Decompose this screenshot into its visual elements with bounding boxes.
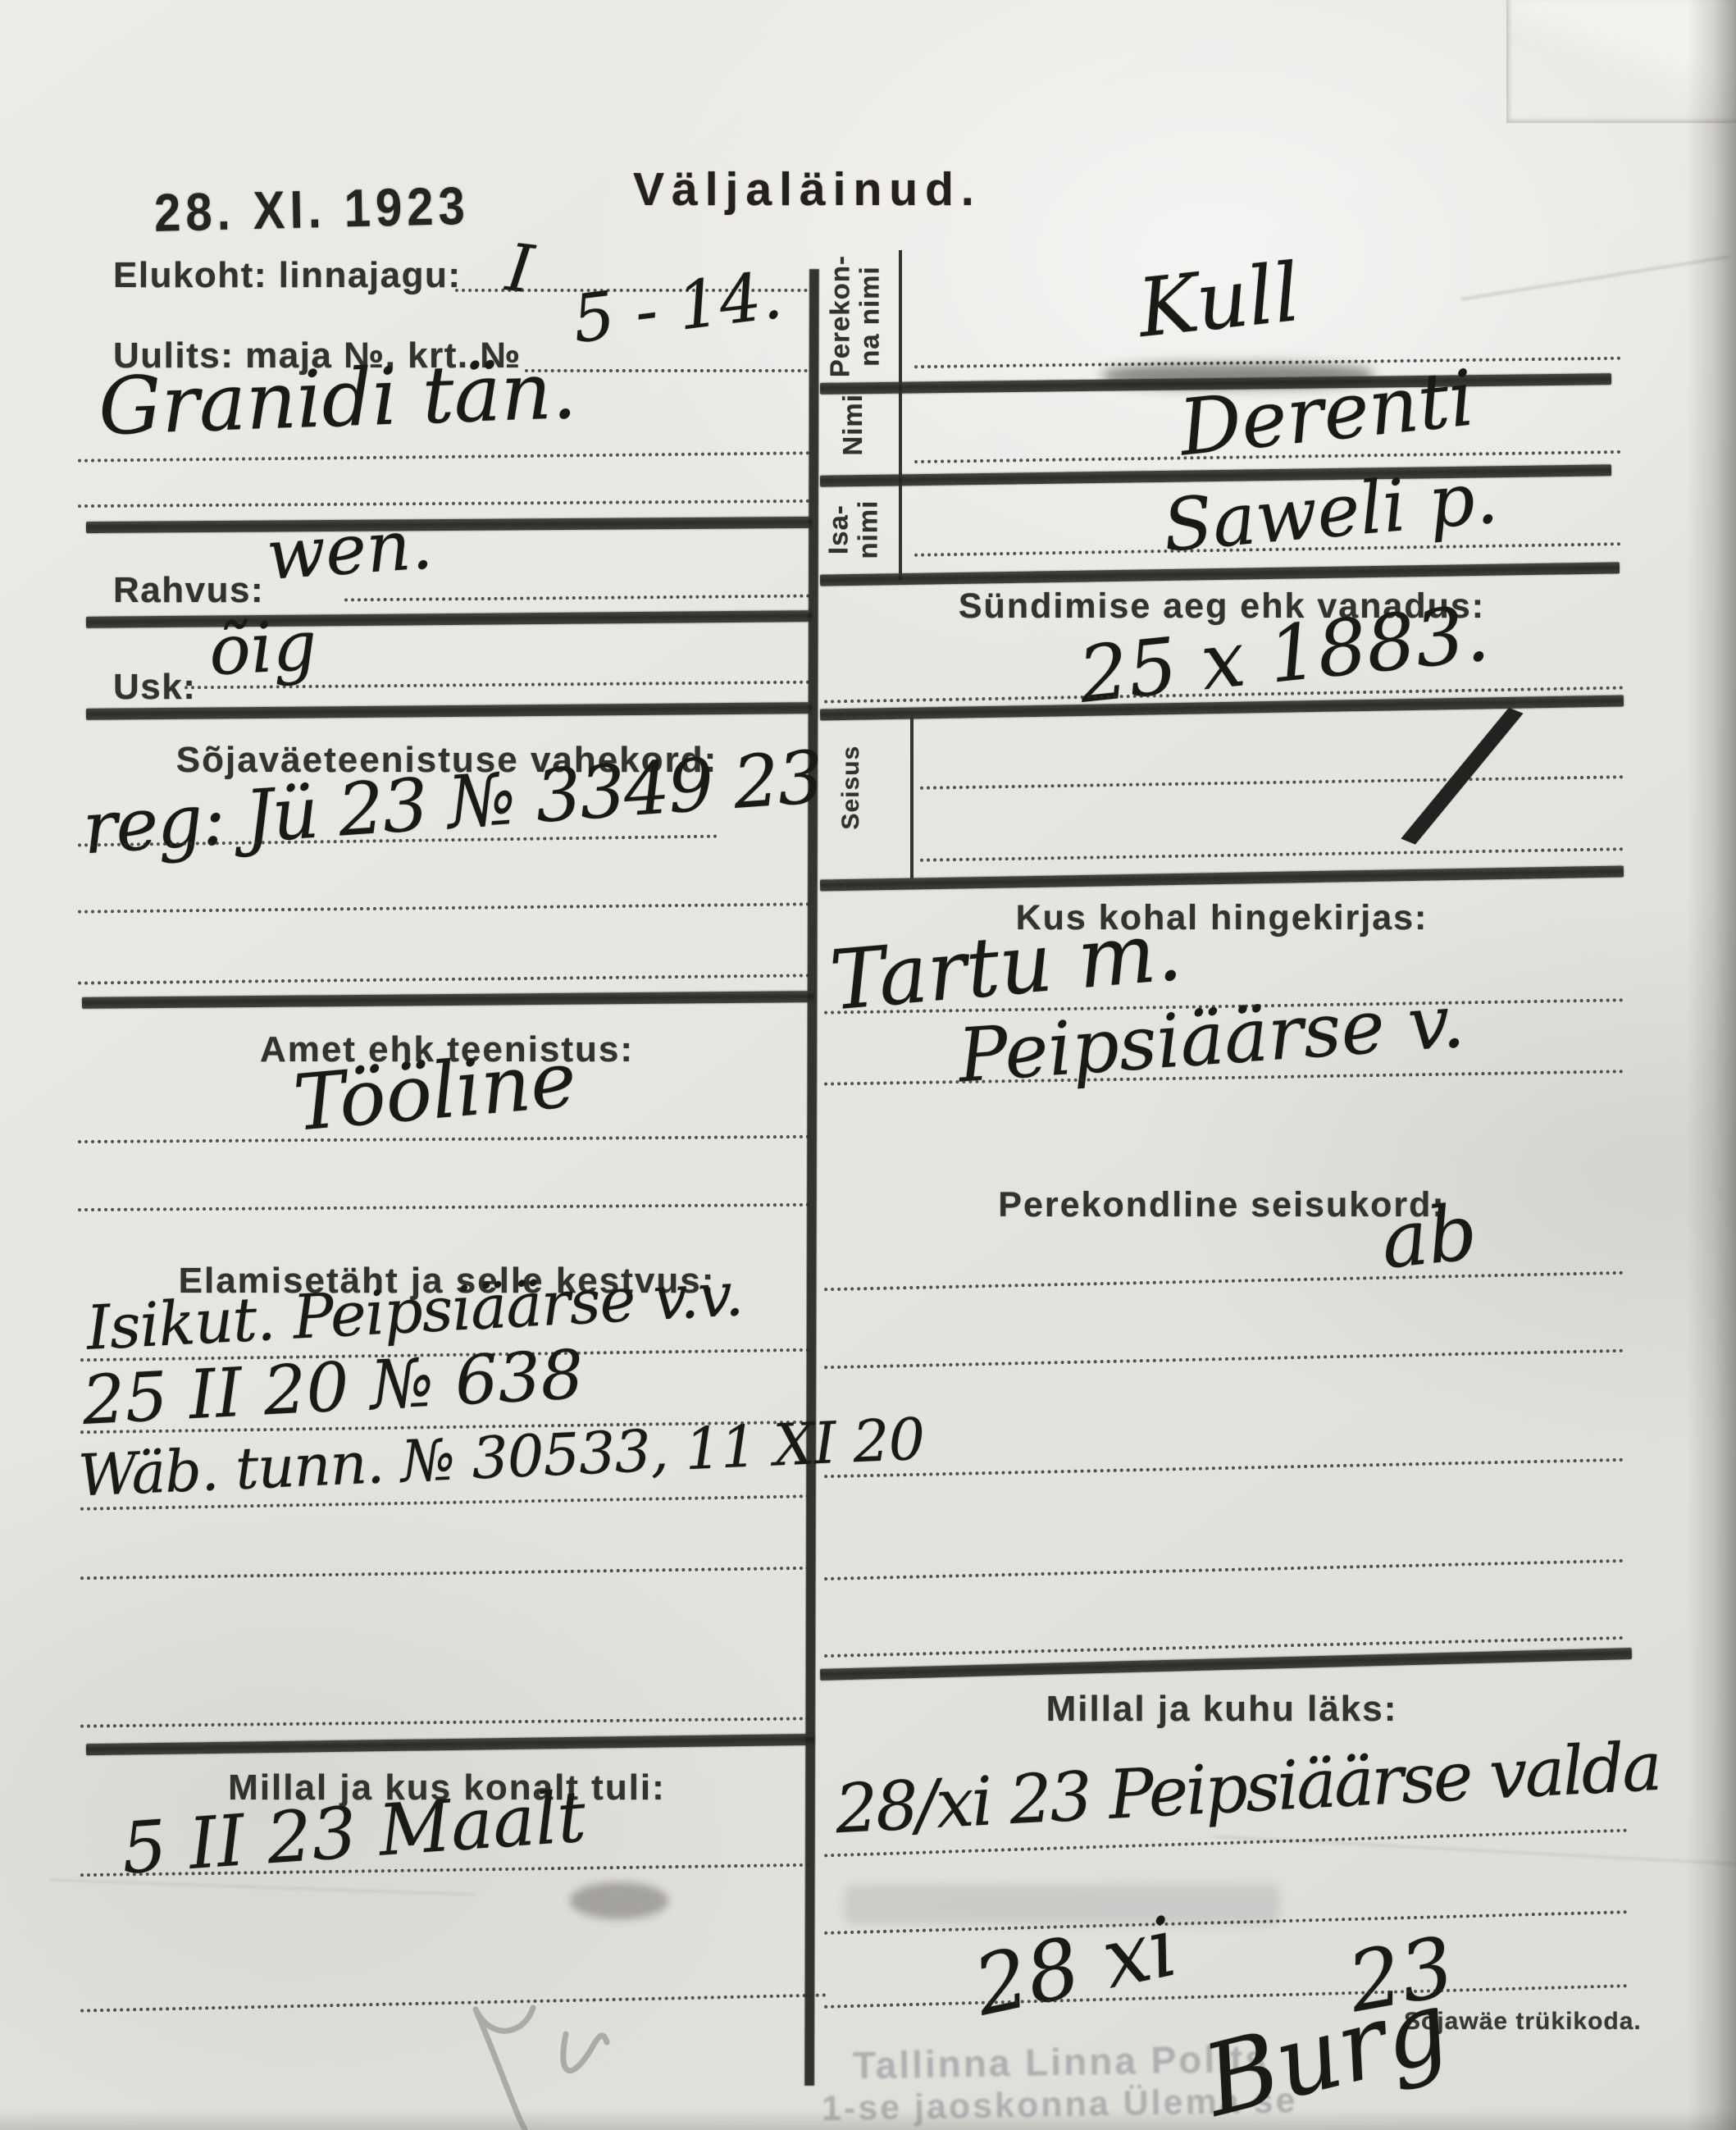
paper-crease bbox=[49, 1879, 476, 1895]
residence-label: Elukoht: linnajagu: bbox=[113, 258, 461, 294]
label-separator-line bbox=[910, 715, 914, 879]
official-signature: Burg bbox=[1196, 1977, 1458, 2130]
surname-value: Kull bbox=[1134, 253, 1303, 349]
ruled-dotted-line bbox=[824, 1349, 1624, 1369]
ruled-dotted-line bbox=[78, 1203, 810, 1211]
section-divider-bar bbox=[86, 1734, 814, 1755]
ruled-dotted-line bbox=[80, 1717, 810, 1727]
ruled-dotted-line bbox=[80, 1567, 810, 1580]
label-separator-line bbox=[899, 250, 902, 580]
ruled-dotted-line bbox=[78, 499, 810, 508]
father-label-line: nimi bbox=[853, 468, 882, 591]
ruled-dotted-line bbox=[78, 1135, 810, 1143]
street-name-value: Granidi tän. bbox=[98, 351, 578, 446]
religion-value: õig bbox=[207, 611, 318, 686]
section-divider-bar bbox=[82, 991, 813, 1009]
house-apartment-value: 5 - 14. bbox=[569, 262, 786, 353]
section-divider-bar bbox=[820, 562, 1620, 586]
departure-header: Millal ja kuhu läks: bbox=[820, 1691, 1624, 1727]
ruled-dotted-line bbox=[78, 902, 810, 913]
section-divider-bar bbox=[820, 865, 1624, 891]
family-status-value: ab bbox=[1378, 1194, 1480, 1281]
ruled-dotted-line bbox=[824, 1271, 1624, 1291]
ruled-dotted-line bbox=[824, 1559, 1624, 1580]
pencil-scribble bbox=[426, 1985, 722, 2130]
occupation-value: Tööline bbox=[291, 1042, 580, 1143]
column-divider-line bbox=[804, 269, 819, 2086]
scanned-registration-card: 28. XI. 1923 Väljaläinud. Elukoht: linna… bbox=[0, 0, 1736, 2130]
status-vertical-label: Seisus bbox=[838, 714, 864, 861]
section-divider-bar bbox=[86, 610, 812, 628]
departure-value: 28/xi 23 Peipsiäärse valda bbox=[834, 1734, 1661, 1845]
form-title: Väljaläinud. bbox=[633, 162, 982, 217]
ink-smudge bbox=[570, 1882, 668, 1919]
residence-value: I bbox=[503, 235, 536, 303]
nationality-label: Rahvus: bbox=[113, 572, 264, 609]
ruled-dotted-line bbox=[920, 847, 1624, 861]
stamp-impression bbox=[845, 1885, 1279, 1924]
ruled-dotted-line bbox=[78, 974, 810, 984]
ruled-dotted-line bbox=[344, 595, 810, 602]
family-status-header: Perekondline seisukord: bbox=[820, 1188, 1624, 1223]
ruled-dotted-line bbox=[824, 1984, 1628, 2009]
ruled-dotted-line bbox=[920, 775, 1624, 789]
nationality-value: wen. bbox=[264, 509, 435, 590]
ruled-dotted-line bbox=[78, 451, 810, 462]
section-divider-bar bbox=[86, 517, 812, 533]
date-stamp: 28. XI. 1923 bbox=[153, 175, 470, 244]
ruled-dotted-line bbox=[824, 1458, 1624, 1478]
scan-edge-shadow bbox=[1687, 0, 1736, 2130]
